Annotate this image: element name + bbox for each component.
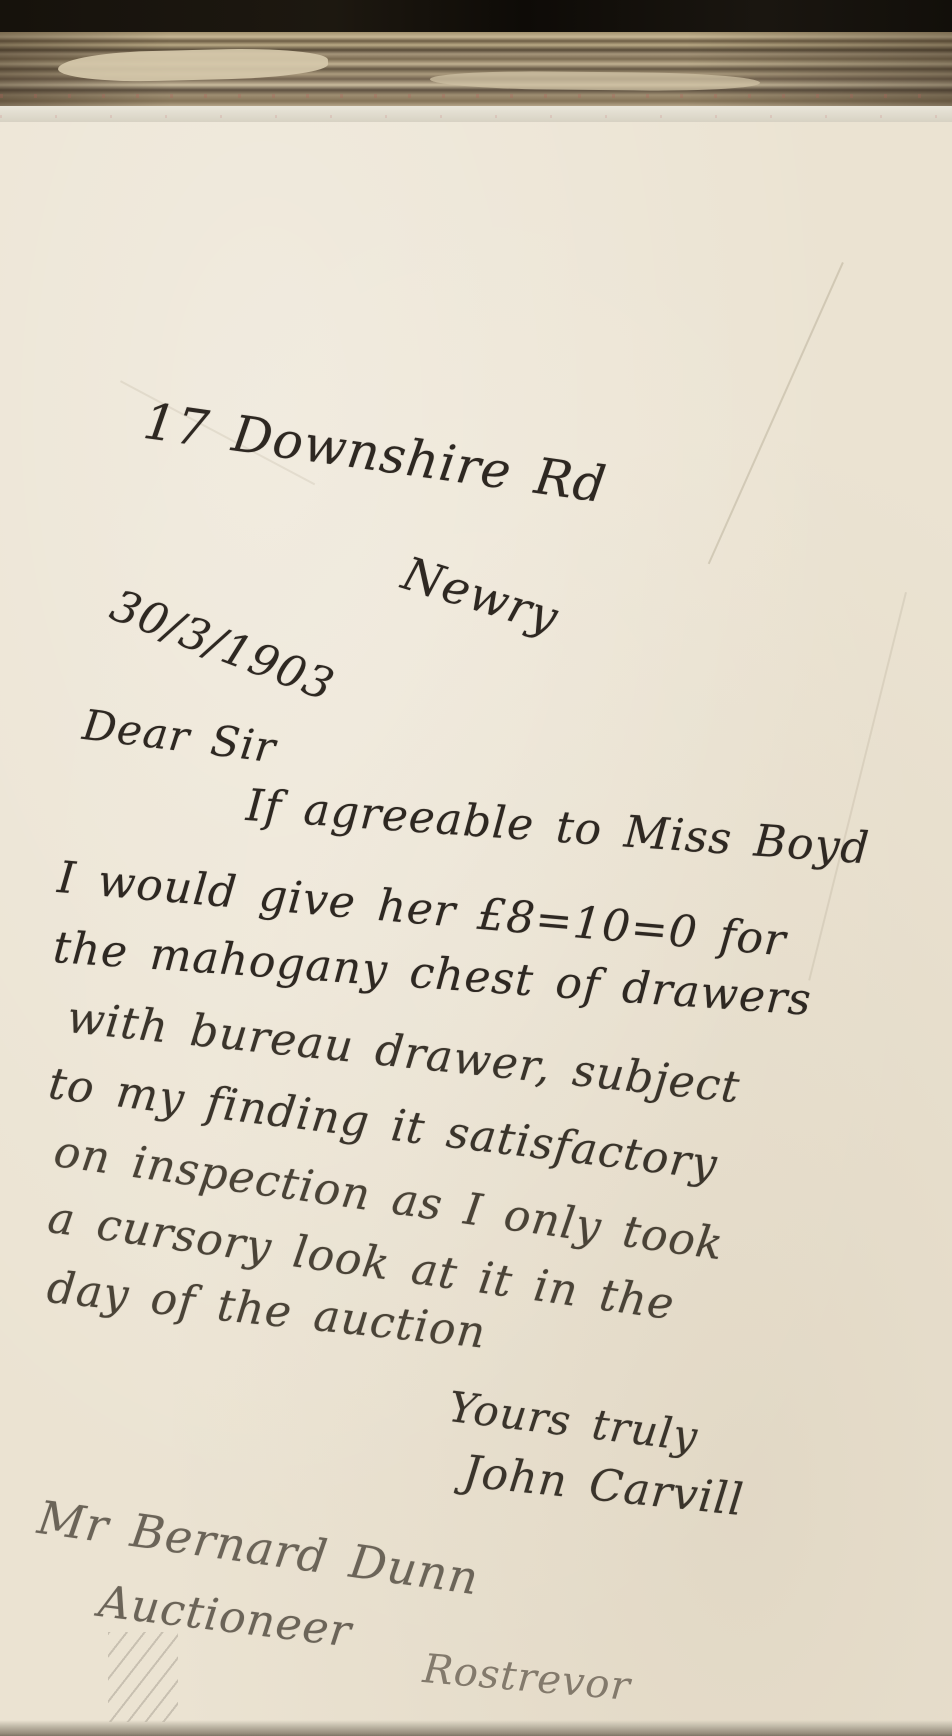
letter-sheet-edge bbox=[0, 106, 952, 122]
torn-paper-edge bbox=[430, 70, 760, 91]
album-shadow-gap bbox=[0, 0, 952, 32]
photo-bottom-edge bbox=[0, 1720, 952, 1736]
stacked-page-edges bbox=[0, 32, 952, 106]
letter-photograph: 17 Downshire Rd Newry 30/3/1903 Dear Sir… bbox=[0, 0, 952, 1736]
paper-crease bbox=[708, 262, 844, 564]
album-top-edge bbox=[0, 0, 952, 122]
paper-crease bbox=[808, 592, 907, 981]
marbled-edge-flecks bbox=[0, 115, 952, 118]
pencil-hatch-marks bbox=[108, 1632, 178, 1722]
torn-paper-edge bbox=[58, 46, 329, 83]
marbled-edge-flecks bbox=[0, 94, 952, 98]
